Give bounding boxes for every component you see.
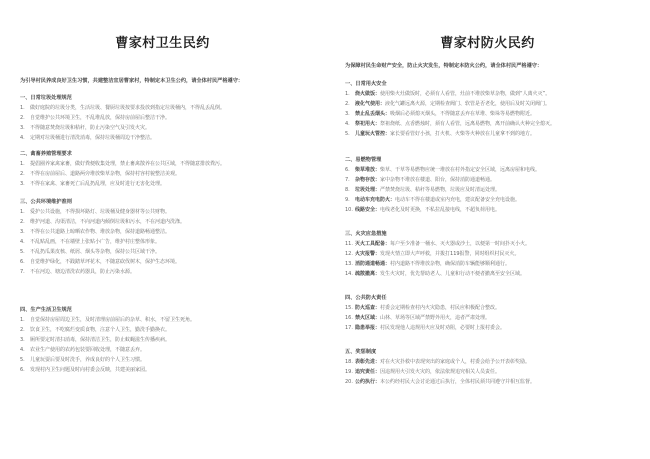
item-text: 因违规用火引发火灾的，依法依规追究相关人员责任。 [380, 369, 500, 375]
item-keyword: 禁火区域： [355, 315, 380, 321]
list-item: 10.线路安全：电线老化及时更换，不私拉乱接电线，不超负荷用电。 [345, 205, 645, 215]
section-heading: 二、禽畜养殖管理要求 [20, 150, 320, 159]
fire-section-2: 二、易燃物管理6.柴草堆放：柴草、干草等易燃物应统一堆放在村外指定安全区域，远离… [345, 156, 645, 215]
list-item: 6.发现村内卫生问题及时向村委会反映，共建美丽家园。 [20, 365, 320, 375]
list-item: 6.自觉维护绿化，不践踏草坪花木，不随意砍伐树木，保护生态环境。 [20, 257, 320, 267]
item-number: 4. [20, 237, 30, 247]
item-text: 不得随意焚烧垃圾和秸秆，防止污染空气及引发火灾。 [30, 125, 150, 131]
item-keyword: 禁止乱丢烟头： [355, 111, 390, 117]
item-text: 家中杂物不堆放在楼道、阳台，保持消防通道畅通。 [380, 177, 495, 183]
item-number: 20. [345, 377, 355, 387]
item-number: 1. [20, 159, 30, 169]
list-item: 19.追究责任：因违规用火引发火灾的，依法依规追究相关人员责任。 [345, 367, 645, 377]
list-item: 4.定期对垃圾桶进行清洗消毒，保持垃圾桶周边干净整洁。 [20, 133, 320, 143]
section-heading: 二、易燃物管理 [345, 156, 645, 165]
item-keyword: 电动车充电防火： [355, 197, 395, 203]
list-item: 15.防火巡查：村委会定期检查村内火灾隐患，村民应积极配合整改。 [345, 303, 645, 313]
list-item: 11.灭火工具配备：每户至少准备一桶水、灭火器或沙土，以便第一时间扑灭小火。 [345, 239, 645, 249]
item-text: 不在河边、塘边清洗农药器具，防止污染水源。 [30, 269, 135, 275]
item-number: 1. [20, 315, 30, 325]
list-item: 3.厕所要定时清扫消毒，保持清洁卫生，防止蚊蝇滋生传播疾病。 [20, 335, 320, 345]
item-number: 1. [345, 89, 355, 99]
list-item: 2.自觉维护公共环境卫生，不乱堆乱放，保持房前屋后整洁干净。 [20, 113, 320, 123]
item-number: 5. [345, 129, 355, 139]
item-number: 4. [20, 133, 30, 143]
item-text: 提倡圈养家禽家畜，做好粪便收集处理，禁止畜禽散养在公共区域，不得随意排放粪污。 [30, 161, 225, 167]
list-item: 13.消防通道畅通：村内道路不得堆放杂物，确保消防车辆能够顺利通行。 [345, 259, 645, 269]
item-keyword: 防火巡查： [355, 305, 380, 311]
item-number: 13. [345, 259, 355, 269]
list-item: 2.不得在房前屋后、道路两旁堆放柴草杂物，保持村容村貌整洁美观。 [20, 169, 320, 179]
list-item: 3.不得在公共道路上晾晒农作物、堆放杂物，保持道路畅通整洁。 [20, 227, 320, 237]
list-item: 2.维护河道、沟渠清洁，不向河道内倾倒垃圾和污水，不在河道内洗涤。 [20, 217, 320, 227]
item-number: 2. [345, 99, 355, 109]
item-number: 5. [20, 355, 30, 365]
item-text: 柴草、干草等易燃物应统一堆放在村外指定安全区域，远离房屋和电线。 [380, 167, 540, 173]
item-text: 液化气罐远离火源，定期检查阀门、软管是否老化，使用后及时关闭阀门。 [385, 101, 550, 107]
item-text: 不乱扔瓜果皮核、纸屑、烟头等杂物，保持公共区域干净。 [30, 249, 160, 255]
item-number: 6. [345, 165, 355, 175]
item-keyword: 液化气使用： [355, 101, 385, 107]
item-text: 家长要看管好小孩，打火机、火柴等火种放在儿童拿不到的地方。 [390, 131, 535, 137]
section-heading: 一、日常用火安全 [345, 80, 645, 89]
item-text: 不得在公共道路上晾晒农作物、堆放杂物，保持道路畅通整洁。 [30, 229, 170, 235]
list-item: 4.不乱贴乱画，不在墙壁上张贴小广告，维护村庄整体形象。 [20, 237, 320, 247]
list-item: 5.不乱扔瓜果皮核、纸屑、烟头等杂物，保持公共区域干净。 [20, 247, 320, 257]
list-item: 3.不得在家禽、家畜死亡后乱扔乱埋，应及时进行无害化处理。 [20, 179, 320, 189]
section-heading: 三、火灾应急措施 [345, 230, 645, 239]
item-number: 2. [20, 113, 30, 123]
item-number: 9. [345, 195, 355, 205]
item-number: 3. [20, 227, 30, 237]
item-number: 15. [345, 303, 355, 313]
fire-pact-title: 曹家村防火民约 [325, 32, 650, 51]
item-text: 电线老化及时更换，不私拉乱接电线，不超负荷用电。 [380, 207, 500, 213]
item-text: 定期对垃圾桶进行清洗消毒，保持垃圾桶周边干净整洁。 [30, 135, 155, 141]
list-item: 1.做好庭院的垃圾分类，生活垃圾、餐厨垃圾按要求投放到指定垃圾桶内，不得乱丢乱倒… [20, 103, 320, 113]
item-text: 发生火灾时，优先帮助老人、儿童和行动不便者撤离至安全区域。 [380, 271, 525, 277]
item-number: 14. [345, 269, 355, 279]
item-number: 18. [345, 357, 355, 367]
fire-pact-page: 曹家村防火民约 为保障村民生命财产安全，防止火灾发生，特制定本防火公约，请全体村… [325, 0, 650, 459]
list-item: 12.火灾报警：发现火情立即大声呼救，并拨打119报警，同时组织村民灭火。 [345, 249, 645, 259]
item-number: 10. [345, 205, 355, 215]
item-number: 4. [345, 119, 355, 129]
hygiene-section-1: 一、日常垃圾处理规范1.做好庭院的垃圾分类，生活垃圾、餐厨垃圾按要求投放到指定垃… [20, 94, 320, 143]
item-text: 发现火情立即大声呼救，并拨打119报警，同时组织村民灭火。 [380, 251, 520, 257]
item-keyword: 追究责任： [355, 369, 380, 375]
item-text: 对在火灾扑救中表现突出的家庭或个人，村委会给予公开表彰奖励。 [380, 359, 530, 365]
item-text: 发现村内卫生问题及时向村委会反映，共建美丽家园。 [30, 367, 150, 373]
item-number: 2. [20, 217, 30, 227]
list-item: 1.提倡圈养家禽家畜，做好粪便收集处理，禁止畜禽散养在公共区域，不得随意排放粪污… [20, 159, 320, 169]
item-number: 3. [20, 123, 30, 133]
item-keyword: 表彰先进： [355, 359, 380, 365]
item-text: 自觉保持房屋周边卫生，及时清理房前屋后的杂草、积水，不留卫生死角。 [30, 317, 195, 323]
item-keyword: 公约执行： [355, 379, 380, 385]
list-item: 17.隐患举报：村民发现他人违规用火应及时劝阻，必要时上报村委会。 [345, 323, 645, 333]
item-number: 1. [20, 103, 30, 113]
item-text: 儿童玩耍后要及时洗手，养成良好的个人卫生习惯。 [30, 357, 145, 363]
hygiene-pact-intro: 为引导村民养成良好卫生习惯，共建整洁宜居曹家村，特制定本卫生公约，请全体村民严格… [20, 77, 243, 84]
item-number: 4. [20, 345, 30, 355]
hygiene-section-3: 三、公共环境维护准则1.爱护公共设施，不得损坏路灯、垃圾桶及健身器材等公共财物。… [20, 198, 320, 277]
list-item: 18.表彰先进：对在火灾扑救中表现突出的家庭或个人，村委会给予公开表彰奖励。 [345, 357, 645, 367]
item-text: 村内道路不得堆放杂物，确保消防车辆能够顺利通行。 [390, 261, 510, 267]
item-number: 17. [345, 323, 355, 333]
list-item: 9.电动车充电防火：电动车不得在楼道或室内充电，建议配备安全充电设施。 [345, 195, 645, 205]
item-keyword: 隐患举报： [355, 325, 380, 331]
list-item: 4.农业生产使用的农药包装要回收处理，不随意丢弃。 [20, 345, 320, 355]
item-text: 山林、草场等区域严禁野外用火，违者严肃处理。 [380, 315, 490, 321]
list-item: 2.液化气使用：液化气罐远离火源，定期检查阀门、软管是否老化，使用后及时关闭阀门… [345, 99, 645, 109]
item-number: 7. [20, 267, 30, 277]
list-item: 1.烧火做饭：使用柴火灶做饭时，必须有人看管，灶前不堆放柴草杂物，做到“人离火灭… [345, 89, 645, 99]
item-text: 不得在房前屋后、道路两旁堆放柴草杂物，保持村容村貌整洁美观。 [30, 171, 180, 177]
item-number: 2. [20, 325, 30, 335]
list-item: 14.疏散撤离：发生火灾时，优先帮助老人、儿童和行动不便者撤离至安全区域。 [345, 269, 645, 279]
item-text: 每户至少准备一桶水、灭火器或沙土，以便第一时间扑灭小火。 [390, 241, 530, 247]
item-keyword: 烧火做饭： [355, 91, 380, 97]
item-keyword: 垃圾处理： [355, 187, 380, 193]
list-item: 3.禁止乱丢烟头：吸烟后必须熄灭烟头，不得随意丢弃在草堆、柴垛等易燃物附近。 [345, 109, 645, 119]
item-keyword: 杂物存放： [355, 177, 380, 183]
item-text: 饮食卫生，不吃腐烂变质食物，注意个人卫生，勤洗手勤换衣。 [30, 327, 170, 333]
fire-section-5: 五、奖惩制度18.表彰先进：对在火灾扑救中表现突出的家庭或个人，村委会给予公开表… [345, 348, 645, 387]
list-item: 5.儿童玩火管控：家长要看管好小孩，打火机、火柴等火种放在儿童拿不到的地方。 [345, 129, 645, 139]
item-keyword: 疏散撤离： [355, 271, 380, 277]
item-keyword: 儿童玩火管控： [355, 131, 390, 137]
item-text: 祭祖烧纸、点香燃烛时，须有人看管，远离易燃物，离开前确认火种完全熄灭。 [380, 121, 555, 127]
item-text: 吸烟后必须熄灭烟头，不得随意丢弃在草堆、柴垛等易燃物附近。 [390, 111, 535, 117]
item-number: 3. [20, 335, 30, 345]
item-number: 5. [20, 247, 30, 257]
item-text: 村委会定期检查村内火灾隐患，村民应积极配合整改。 [380, 305, 500, 311]
hygiene-section-4: 四、生产生活卫生规范1.自觉保持房屋周边卫生，及时清理房前屋后的杂草、积水，不留… [20, 306, 320, 375]
hygiene-section-2: 二、禽畜养殖管理要求1.提倡圈养家禽家畜，做好粪便收集处理，禁止畜禽散养在公共区… [20, 150, 320, 189]
item-text: 本公约经村民大会讨论通过后执行，全体村民须共同遵守并相互监督。 [380, 379, 535, 385]
section-heading: 五、奖惩制度 [345, 348, 645, 357]
list-item: 2.饮食卫生，不吃腐烂变质食物，注意个人卫生，勤洗手勤换衣。 [20, 325, 320, 335]
fire-section-1: 一、日常用火安全1.烧火做饭：使用柴火灶做饭时，必须有人看管，灶前不堆放柴草杂物… [345, 80, 645, 139]
hygiene-pact-page: 曹家村卫生民约 为引导村民养成良好卫生习惯，共建整洁宜居曹家村，特制定本卫生公约… [0, 0, 325, 459]
item-text: 爱护公共设施，不得损坏路灯、垃圾桶及健身器材等公共财物。 [30, 209, 170, 215]
item-keyword: 线路安全： [355, 207, 380, 213]
item-text: 电动车不得在楼道或室内充电，建议配备安全充电设施。 [395, 197, 520, 203]
item-text: 严禁焚烧垃圾、秸秆等易燃物，垃圾应及时清运处理。 [380, 187, 500, 193]
list-item: 6.柴草堆放：柴草、干草等易燃物应统一堆放在村外指定安全区域，远离房屋和电线。 [345, 165, 645, 175]
item-text: 做好庭院的垃圾分类，生活垃圾、餐厨垃圾按要求投放到指定垃圾桶内，不得乱丢乱倒。 [30, 105, 225, 111]
list-item: 4.祭祀用火：祭祖烧纸、点香燃烛时，须有人看管，远离易燃物，离开前确认火种完全熄… [345, 119, 645, 129]
item-text: 村民发现他人违规用火应及时劝阻，必要时上报村委会。 [380, 325, 505, 331]
item-number: 2. [20, 169, 30, 179]
item-number: 19. [345, 367, 355, 377]
item-keyword: 柴草堆放： [355, 167, 380, 173]
list-item: 7.不在河边、塘边清洗农药器具，防止污染水源。 [20, 267, 320, 277]
item-text: 自觉维护公共环境卫生，不乱堆乱放，保持房前屋后整洁干净。 [30, 115, 170, 121]
item-number: 6. [20, 365, 30, 375]
section-heading: 四、公共防火责任 [345, 294, 645, 303]
item-text: 维护河道、沟渠清洁，不向河道内倾倒垃圾和污水，不在河道内洗涤。 [30, 219, 185, 225]
hygiene-pact-title: 曹家村卫生民约 [0, 32, 325, 51]
list-item: 5.儿童玩耍后要及时洗手，养成良好的个人卫生习惯。 [20, 355, 320, 365]
item-number: 1. [20, 207, 30, 217]
item-keyword: 灭火工具配备： [355, 241, 390, 247]
item-number: 6. [20, 257, 30, 267]
item-number: 3. [20, 179, 30, 189]
item-text: 不得在家禽、家畜死亡后乱扔乱埋，应及时进行无害化处理。 [30, 181, 165, 187]
item-text: 使用柴火灶做饭时，必须有人看管，灶前不堆放柴草杂物，做到“人离火灭”。 [380, 91, 550, 97]
item-number: 8. [345, 185, 355, 195]
fire-pact-intro: 为保障村民生命财产安全，防止火灾发生，特制定本防火公约，请全体村民严格遵守： [345, 62, 542, 69]
item-keyword: 消防通道畅通： [355, 261, 390, 267]
item-number: 16. [345, 313, 355, 323]
item-text: 自觉维护绿化，不践踏草坪花木，不随意砍伐树木，保护生态环境。 [30, 259, 180, 265]
section-heading: 一、日常垃圾处理规范 [20, 94, 320, 103]
fire-section-4: 四、公共防火责任15.防火巡查：村委会定期检查村内火灾隐患，村民应积极配合整改。… [345, 294, 645, 333]
item-text: 农业生产使用的农药包装要回收处理，不随意丢弃。 [30, 347, 145, 353]
section-heading: 三、公共环境维护准则 [20, 198, 320, 207]
item-number: 11. [345, 239, 355, 249]
list-item: 3.不得随意焚烧垃圾和秸秆，防止污染空气及引发火灾。 [20, 123, 320, 133]
item-number: 12. [345, 249, 355, 259]
list-item: 20.公约执行：本公约经村民大会讨论通过后执行，全体村民须共同遵守并相互监督。 [345, 377, 645, 387]
list-item: 1.爱护公共设施，不得损坏路灯、垃圾桶及健身器材等公共财物。 [20, 207, 320, 217]
item-number: 7. [345, 175, 355, 185]
fire-section-3: 三、火灾应急措施11.灭火工具配备：每户至少准备一桶水、灭火器或沙土，以便第一时… [345, 230, 645, 279]
list-item: 1.自觉保持房屋周边卫生，及时清理房前屋后的杂草、积水，不留卫生死角。 [20, 315, 320, 325]
item-text: 厕所要定时清扫消毒，保持清洁卫生，防止蚊蝇滋生传播疾病。 [30, 337, 170, 343]
section-heading: 四、生产生活卫生规范 [20, 306, 320, 315]
list-item: 8.垃圾处理：严禁焚烧垃圾、秸秆等易燃物，垃圾应及时清运处理。 [345, 185, 645, 195]
item-keyword: 祭祀用火： [355, 121, 380, 127]
list-item: 7.杂物存放：家中杂物不堆放在楼道、阳台，保持消防通道畅通。 [345, 175, 645, 185]
item-text: 不乱贴乱画，不在墙壁上张贴小广告，维护村庄整体形象。 [30, 239, 160, 245]
item-number: 3. [345, 109, 355, 119]
list-item: 16.禁火区域：山林、草场等区域严禁野外用火，违者严肃处理。 [345, 313, 645, 323]
item-keyword: 火灾报警： [355, 251, 380, 257]
